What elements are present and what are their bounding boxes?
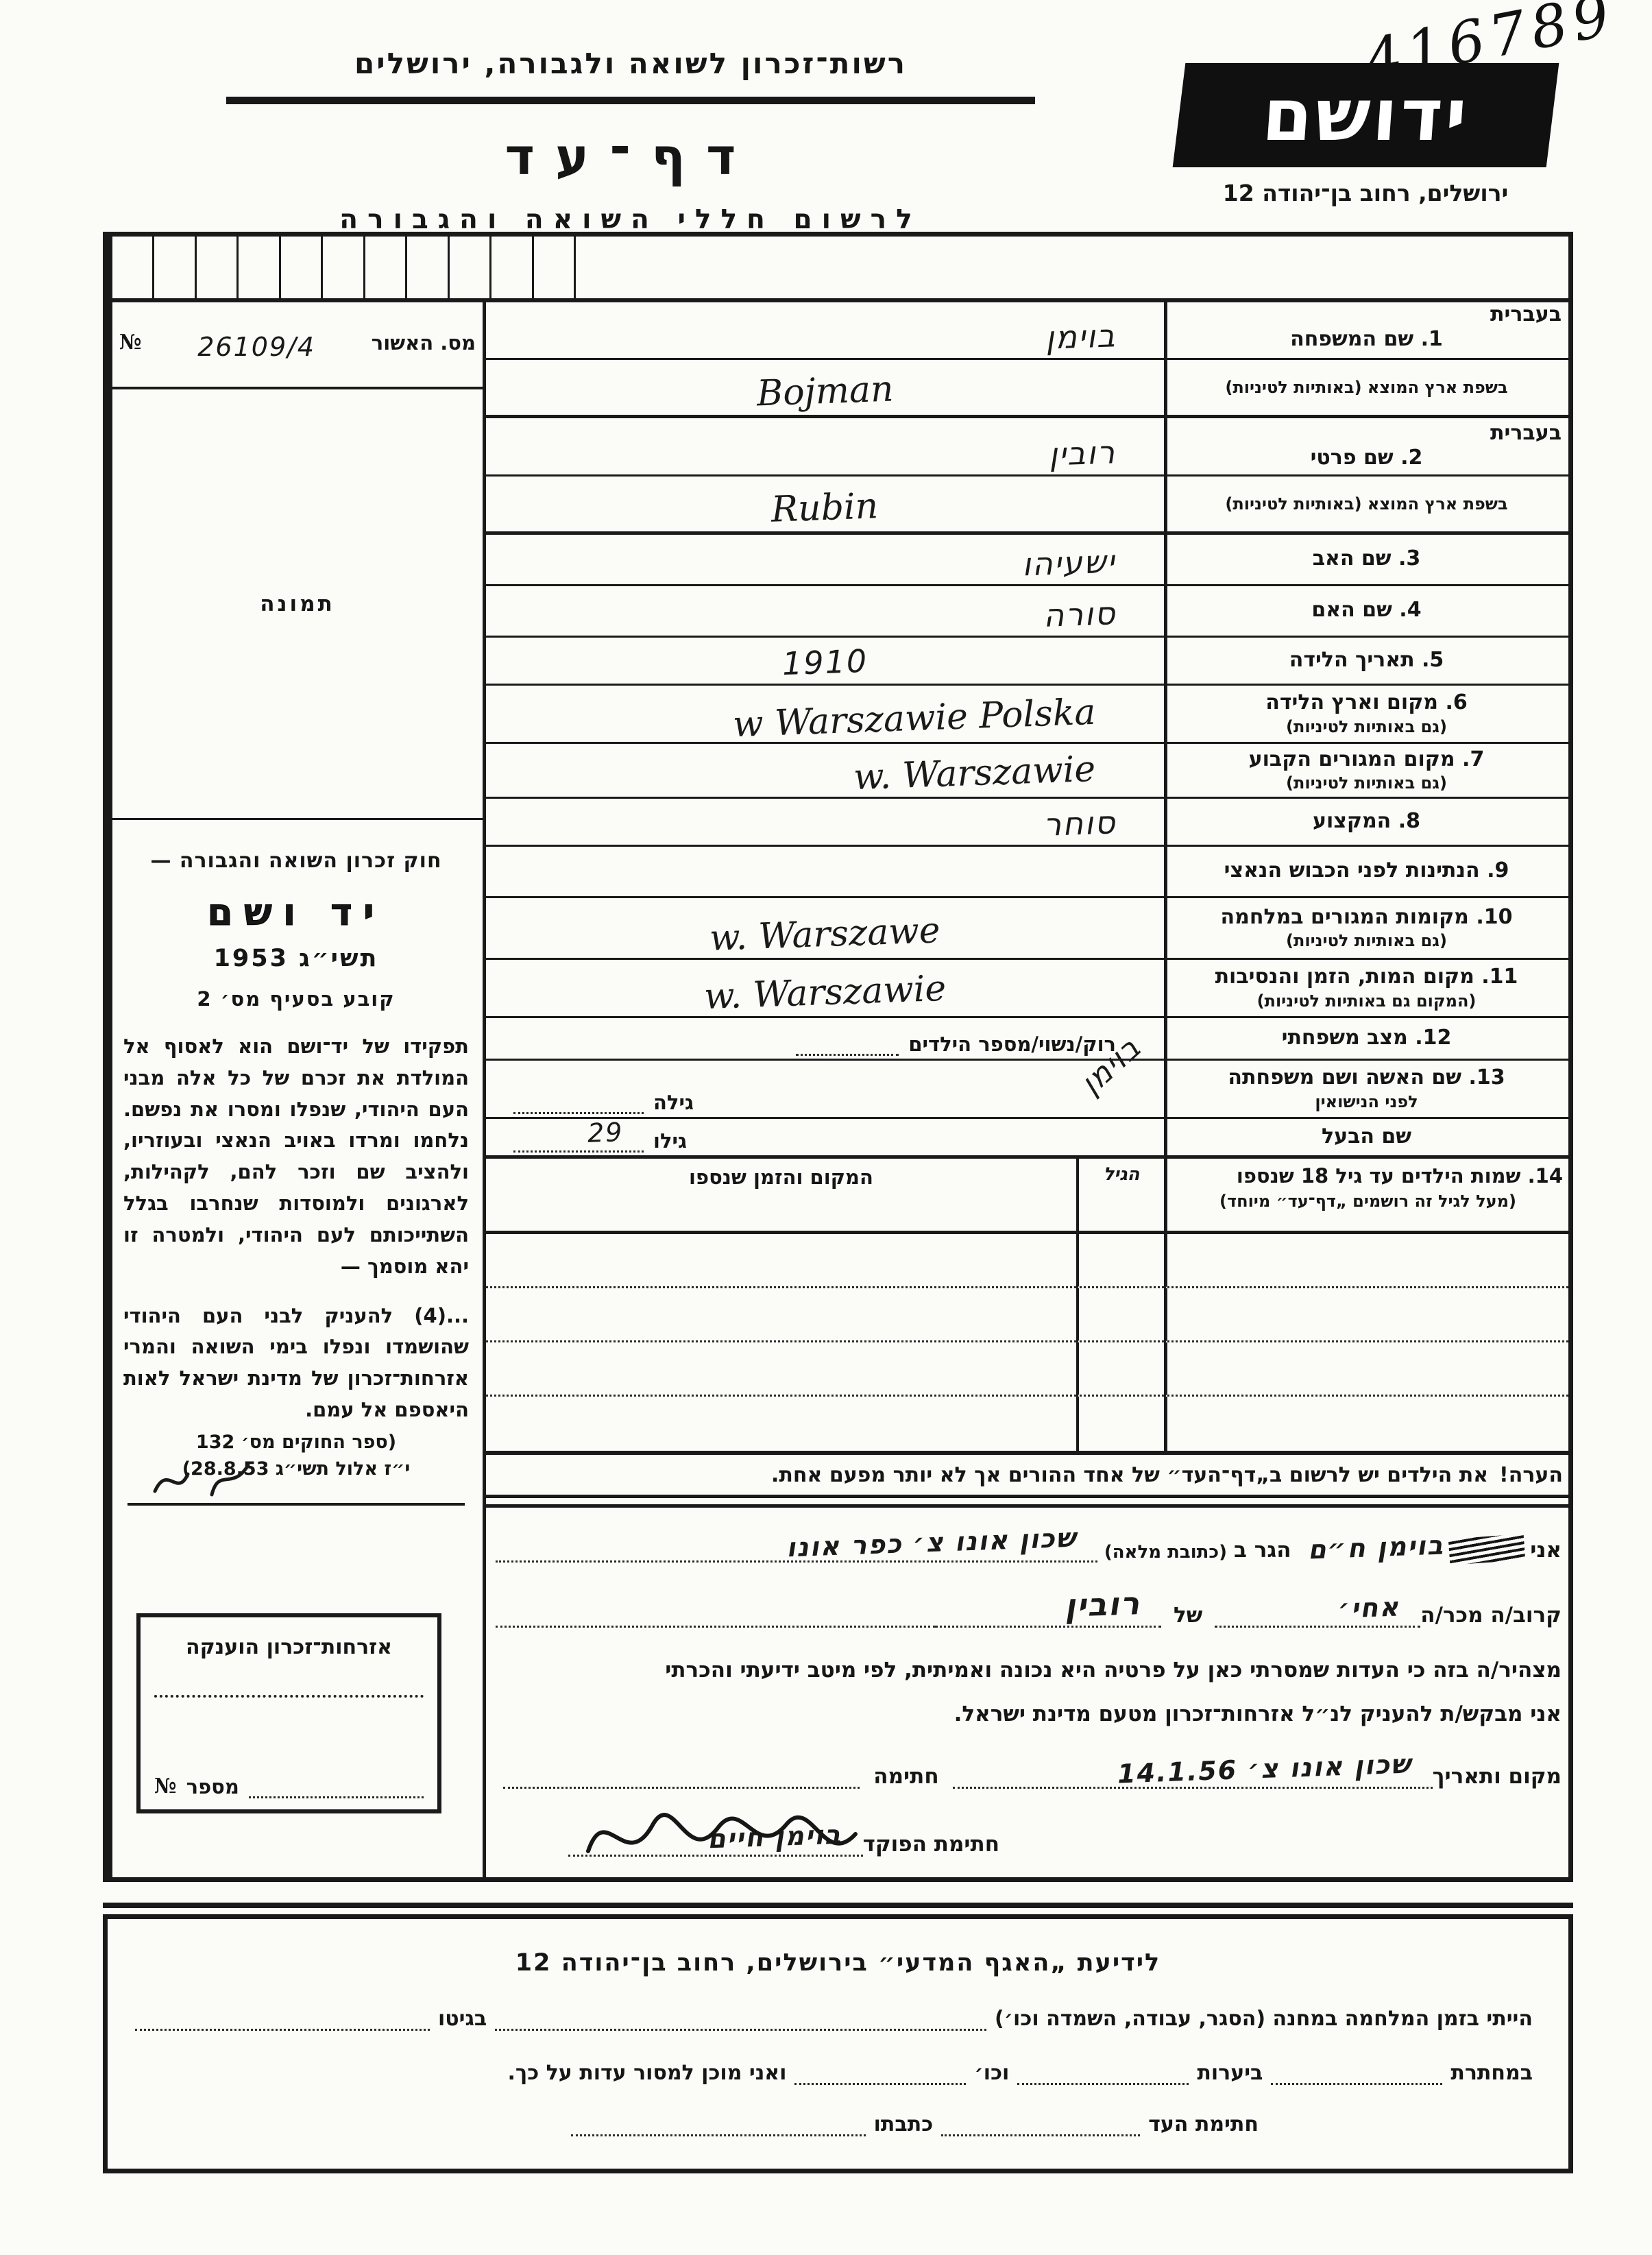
- citizenship-number-label: מספר: [186, 1775, 239, 1798]
- field-row-wartime-residence: 10. מקומות המגורים במלחמה (גם באותיות לט…: [486, 898, 1568, 960]
- field-sublabel: (גם באותיות לטיניות): [1171, 931, 1562, 950]
- field-row-residence: 7. מקום המגורים הקבוע (גם באותיות לטיניו…: [486, 744, 1568, 799]
- section-divider: [486, 1495, 1568, 1508]
- place-column-header: המקום והזמן שנספו: [486, 1159, 1076, 1231]
- field-label: 10. מקומות המגורים במלחמה: [1171, 904, 1562, 930]
- his-age-label: גילו: [653, 1129, 687, 1153]
- field-row-family-name-latin: בשפת ארץ המוצא (באותיות לטיניות) Bojman: [486, 360, 1568, 418]
- field-language-label: בעברית: [1171, 421, 1562, 445]
- profession-handwriting: סוחר: [1043, 804, 1117, 843]
- numero-symbol: №: [119, 330, 142, 354]
- relationship-line: קרוב/ה מכר/ה אחי׳ של רובין: [496, 1598, 1562, 1628]
- field-label: 6. מקום וארץ הלידה: [1171, 690, 1562, 716]
- children-table: 14. שמות הילדים עד גיל 18 שנספו (מעל לגי…: [486, 1159, 1568, 1455]
- children-table-row: [486, 1288, 1568, 1342]
- witness-address-handwriting: שכון אונו צ׳ כפר אונו: [786, 1523, 1077, 1563]
- field-label: 3. שם האב: [1171, 546, 1562, 572]
- field-row-birth-place: 6. מקום וארץ הלידה (גם באותיות לטיניות) …: [486, 686, 1568, 744]
- witness-signature-line: חתימת העד כתבתו: [135, 2112, 1541, 2136]
- relationship-dots: [496, 1598, 935, 1628]
- fields-area: בעברית 1. שם המשפחה בוימן בשפת ארץ המוצא…: [486, 298, 1568, 1877]
- statement-2-text: אני מבקש/ת להעניק לנ״ל אזרחות־זכרון מטעם…: [954, 1702, 1562, 1726]
- registrar-line: חתימת הפוקד בוימן חיים: [496, 1827, 1562, 1857]
- photo-area: תמונה: [112, 389, 483, 820]
- ready-to-testify-label: ואני מוכן למסור עדות על כך.: [508, 2061, 787, 2085]
- first-name-latin-handwriting: Rubin: [770, 485, 879, 530]
- testimony-page: 416789 רשות־זכרון לשואה ולגבורה, ירושלים…: [0, 0, 1652, 2255]
- left-column: מס. האשור 26109/4 № תמונה חוק זכרון השוא…: [112, 298, 486, 1877]
- field-label: 12. מצב משפחתי: [1171, 1025, 1562, 1051]
- citizenship-dotted-line: [154, 1659, 424, 1698]
- witness-signature-label: חתימת העד: [1148, 2112, 1259, 2136]
- witness-name-handwriting: בוימן ח״ם: [1307, 1530, 1444, 1565]
- signature-label: חתימה: [873, 1764, 938, 1789]
- field-row-marital-status: 12. מצב משפחתי רוק/נשוי/מספר הילדים: [486, 1018, 1568, 1061]
- witness-signature-dots: [941, 2114, 1140, 2136]
- witness-address-label: כתבתו: [874, 2112, 934, 2136]
- field-row-profession: 8. המקצוע סוחר: [486, 799, 1568, 847]
- children-table-row: [486, 1342, 1568, 1397]
- authority-line: רשות־זכרון לשואה ולגבורה, ירושלים: [226, 47, 1035, 104]
- birth-date-handwriting: 1910: [781, 642, 868, 682]
- field-label: 13. שם האשה ושם משפחתה: [1171, 1065, 1562, 1091]
- field-language-label: בעברית: [1171, 302, 1562, 326]
- main-form-box: מס. האשור 26109/4 № תמונה חוק זכרון השוא…: [103, 232, 1573, 1882]
- etc-label: וכו׳: [974, 2061, 1009, 2085]
- field-label: 5. תאריך הלידה: [1171, 647, 1562, 673]
- signature-dots: [503, 1759, 860, 1789]
- field-row-father-name: 3. שם האב ישעיהו: [486, 535, 1568, 586]
- field-row-citizenship: 9. הנתינות לפני הכבוש הנאצי: [486, 847, 1568, 898]
- top-grid-strip: [112, 237, 1568, 302]
- field-label: 4. שם האם: [1171, 597, 1562, 623]
- relative-label: קרוב/ה מכר/ה: [1420, 1603, 1562, 1628]
- statement-line-2: אני מבקש/ת להעניק לנ״ל אזרחות־זכרון מטעם…: [496, 1702, 1562, 1726]
- field-row-death-place: 11. מקום המות, הזמן והנסיבות (המקום גם ב…: [486, 960, 1568, 1018]
- form-title: דף־עד: [226, 128, 1035, 186]
- header: רשות־זכרון לשואה ולגבורה, ירושלים דף־עד …: [226, 47, 1035, 235]
- mother-name-handwriting: סורה: [1043, 594, 1117, 634]
- yad-vashem-logo: ידושם: [1173, 63, 1559, 167]
- photo-label: תמונה: [260, 592, 335, 616]
- field-row-birth-date: 5. תאריך הלידה 1910: [486, 638, 1568, 686]
- signature-scribble: [578, 1786, 866, 1889]
- citizenship-numero-symbol: №: [154, 1774, 177, 1798]
- field-label: 7. מקום המגורים הקבוע: [1171, 747, 1562, 773]
- grid-cells: [112, 237, 576, 298]
- resides-label: הגר ב: [1234, 1538, 1291, 1563]
- of-label: של: [1174, 1603, 1202, 1628]
- declaration-section: אני בוימן ח״ם הגר ב (כתובת מלאה) שכון או…: [486, 1508, 1568, 1877]
- marital-status-dots: [796, 1030, 899, 1056]
- age-column-header: הגיל: [1076, 1159, 1164, 1231]
- underground-dots: [1271, 2062, 1442, 2085]
- field-sublabel: (גם באותיות לטיניות): [1171, 773, 1562, 793]
- law-title: חוק זכרון השואה והגבורה —: [123, 849, 469, 873]
- relation-handwriting: אחי׳: [1338, 1591, 1400, 1624]
- note-label: הערה!: [1499, 1463, 1563, 1487]
- citizenship-number-dots: [249, 1773, 424, 1798]
- field-row-mother-name: 4. שם האם סורה: [486, 586, 1568, 638]
- law-body-text: תפקידו של יד־ושם הוא לאסוף אל המולדת את …: [123, 1031, 469, 1283]
- his-age-handwriting: 29: [587, 1117, 624, 1148]
- forests-dots: [1017, 2062, 1189, 2085]
- witness-address-dots: [571, 2114, 866, 2136]
- statement-line-1: מצהיר/ה בזה כי העדות שמסרתי כאן על פרטיה…: [496, 1658, 1562, 1683]
- children-table-row: [486, 1234, 1568, 1288]
- place-date-handwriting: שכון אונו צ׳ 14.1.56: [1117, 1749, 1413, 1789]
- law-name: יד ושם: [123, 891, 469, 934]
- field-sublabel: (המקום גם באותיות לטיניות): [1171, 991, 1562, 1011]
- law-year: תשי״ג 1953: [123, 945, 469, 972]
- her-age-label: גילה: [653, 1091, 694, 1114]
- field-row-wife-name: 13. שם האשה ושם משפחתה לפני הנישואין בוי…: [486, 1061, 1568, 1119]
- field-sublabel: (גם באותיות לטיניות): [1171, 717, 1562, 736]
- footer-title: לידיעת „האגף המדעי״ בירושלים, רחוב בן־יה…: [135, 1949, 1541, 1977]
- field-label: 9. הנתינות לפני הכבוש הנאצי: [1171, 858, 1562, 884]
- her-age-dots: [513, 1089, 644, 1114]
- full-address-note: (כתובת מלאה): [1104, 1542, 1227, 1563]
- children-names-header: 14. שמות הילדים עד גיל 18 שנספו: [1173, 1164, 1563, 1187]
- ghetto-label: בגיטו: [438, 2007, 487, 2031]
- wartime-residence-handwriting: w. Warszawe: [709, 910, 940, 959]
- place-date-label: מקום ותאריך: [1433, 1764, 1562, 1789]
- field-row-first-name-hebrew: בעברית 2. שם פרטי רובין: [486, 418, 1568, 477]
- marital-status-options: רוק/נשוי/מספר הילדים: [908, 1033, 1116, 1056]
- forests-label: ביערות: [1197, 2061, 1263, 2085]
- field-label: 2. שם פרטי: [1171, 445, 1562, 471]
- underground-label: במחתרת: [1450, 2061, 1533, 2085]
- approval-number-handwriting: 26109/4: [197, 332, 315, 362]
- field-label: בשפת ארץ המוצא (באותיות לטיניות): [1171, 494, 1562, 514]
- field-row-family-name-hebrew: בעברית 1. שם המשפחה בוימן: [486, 298, 1568, 360]
- family-name-latin-handwriting: Bojman: [756, 369, 894, 415]
- residence-handwriting: w. Warszawie: [853, 749, 1096, 798]
- children-table-header: 14. שמות הילדים עד גיל 18 שנספו (מעל לגי…: [486, 1159, 1568, 1234]
- law-clause-heading: קובע בסעיף מס׳ 2: [123, 987, 469, 1011]
- citizenship-title: אזרחות־זכרון הוענקה: [154, 1635, 424, 1659]
- birth-place-handwriting: w Warszawie Polska: [732, 692, 1096, 745]
- law-clause4-text: ...(4) להעניק לבני העם היהודי שהושמדו ונ…: [123, 1301, 469, 1426]
- law-text-block: חוק זכרון השואה והגבורה — יד ושם תשי״ג 1…: [112, 820, 483, 1506]
- approval-label: מס. האשור: [372, 331, 476, 354]
- scientific-branch-box: לידיעת „האגף המדעי״ בירושלים, רחוב בן־יה…: [103, 1914, 1573, 2173]
- father-name-handwriting: ישעיהו: [1022, 543, 1117, 583]
- i-label: אני: [1530, 1538, 1562, 1563]
- field-label: 8. המקצוע: [1171, 808, 1562, 834]
- law-reference-1: (ספר החוקים מס׳ 132: [123, 1432, 469, 1453]
- place-date-line: מקום ותאריך שכון אונו צ׳ 14.1.56 חתימה: [496, 1759, 1562, 1789]
- citizenship-granted-box: אזרחות־זכרון הוענקה מספר №: [136, 1613, 441, 1813]
- camp-ghetto-line: הייתי בזמן המלחמה במחנה (הסגר, עבודה, הש…: [135, 2007, 1541, 2031]
- children-names-subheader: (מעל לגיל זה רושמים „דף־עד״ מיוחד): [1173, 1192, 1563, 1211]
- citizenship-number-row: מספר №: [154, 1773, 424, 1798]
- field-sublabel: לפני הנישואין: [1171, 1092, 1562, 1111]
- logo-address: ירושלים, רחוב בן־יהודה 12: [1180, 180, 1551, 206]
- stray-ink-mark: [147, 1457, 256, 1505]
- statement-1-text: מצהיר/ה בזה כי העדות שמסרתי כאן על פרטיה…: [665, 1658, 1562, 1683]
- ghetto-dots: [135, 2008, 430, 2031]
- death-place-handwriting: w. Warszawie: [703, 968, 947, 1017]
- field-label: 11. מקום המות, הזמן והנסיבות: [1171, 964, 1562, 990]
- registrar-label: חתימת הפוקד: [863, 1832, 999, 1857]
- crossed-out-word: [1448, 1534, 1525, 1565]
- field-row-first-name-latin: בשפת ארץ המוצא (באותיות לטיניות) Rubin: [486, 477, 1568, 535]
- logo-text: ידושם: [1260, 73, 1472, 157]
- first-name-hebrew-handwriting: רובין: [1048, 433, 1117, 472]
- note-text: את הילדים יש לרשום ב„דף־העד״ של אחד ההור…: [771, 1463, 1488, 1487]
- field-label: שם הבעל: [1171, 1124, 1562, 1150]
- underground-line: במחתרת ביערות וכו׳ ואני מוכן למסור עדות …: [135, 2061, 1541, 2085]
- camp-label: הייתי בזמן המלחמה במחנה (הסגר, עבודה, הש…: [995, 2007, 1533, 2031]
- family-name-hebrew-handwriting: בוימן: [1045, 317, 1117, 357]
- field-label: 1. שם המשפחה: [1171, 326, 1562, 352]
- etc-dots: [794, 2062, 966, 2085]
- victim-name-handwriting: רובין: [1064, 1584, 1141, 1624]
- children-table-row: [486, 1397, 1568, 1451]
- witness-identity-line: אני בוימן ח״ם הגר ב (כתובת מלאה) שכון או…: [496, 1532, 1562, 1563]
- field-row-husband-name: שם הבעל גילו 29: [486, 1119, 1568, 1159]
- field-label: בשפת ארץ המוצא (באותיות לטיניות): [1171, 378, 1562, 397]
- approval-number-row: מס. האשור 26109/4 №: [112, 298, 483, 389]
- camp-dots: [495, 2008, 986, 2031]
- note-row: הערה! את הילדים יש לרשום ב„דף־העד״ של אח…: [486, 1455, 1568, 1495]
- form-subtitle: לרשום חללי השואה והגבורה: [226, 204, 1035, 235]
